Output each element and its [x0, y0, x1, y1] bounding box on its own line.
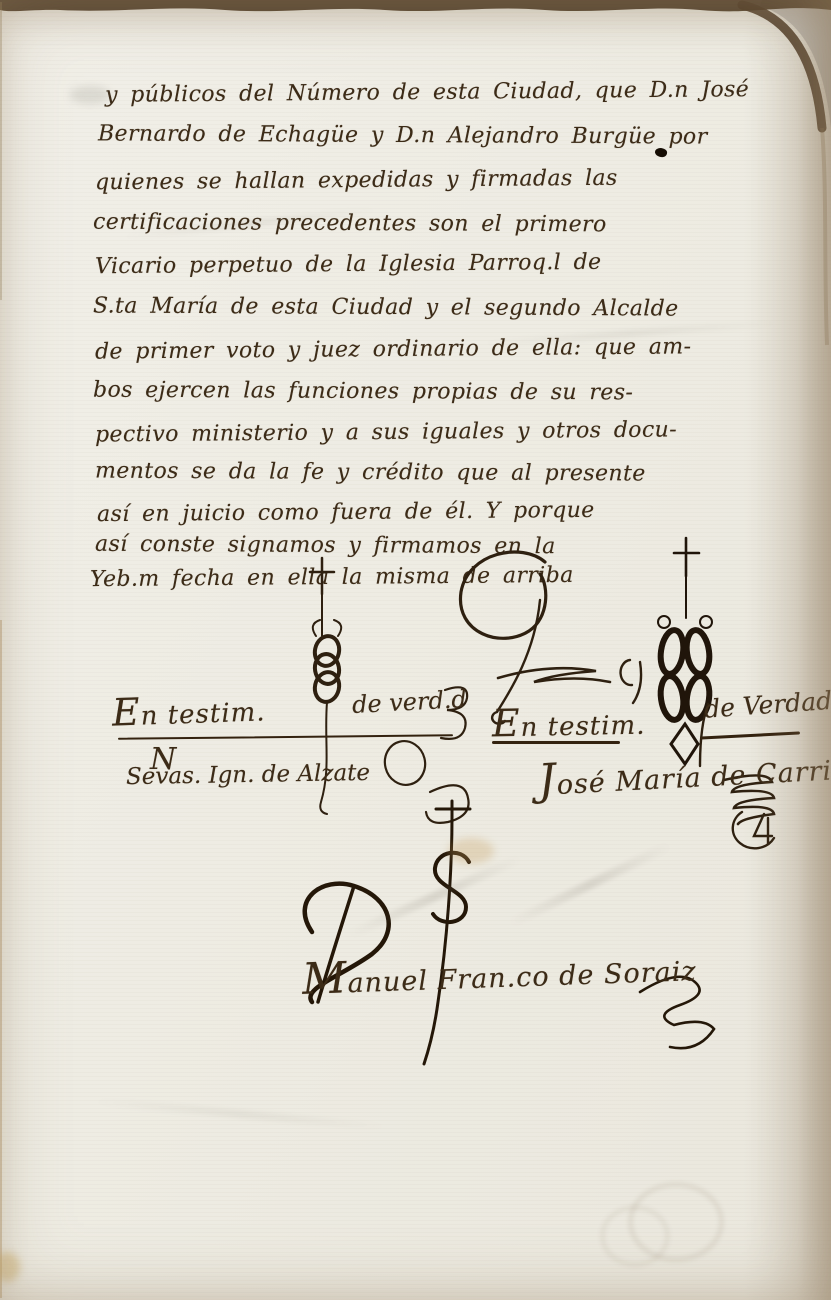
attestation-left-prefix: En testim. — [111, 685, 266, 734]
notarial-sign-right-icon — [658, 538, 712, 764]
manuscript-page: y públicos del Número de esta Ciudad, qu… — [0, 0, 831, 1300]
paper-stain — [70, 86, 110, 104]
attestation-right-prefix: En testim. — [492, 699, 646, 746]
center-flourish-icon — [460, 552, 641, 724]
flourish-layer — [0, 0, 831, 1300]
signature-alzate: Sevas. Ign. de Alzate — [126, 760, 370, 790]
paper-stain — [448, 838, 494, 864]
page-curvature-shadow — [741, 0, 831, 1300]
attestation-right-underline — [492, 741, 620, 744]
attestation-left-suffix: de verd.d — [351, 685, 467, 719]
